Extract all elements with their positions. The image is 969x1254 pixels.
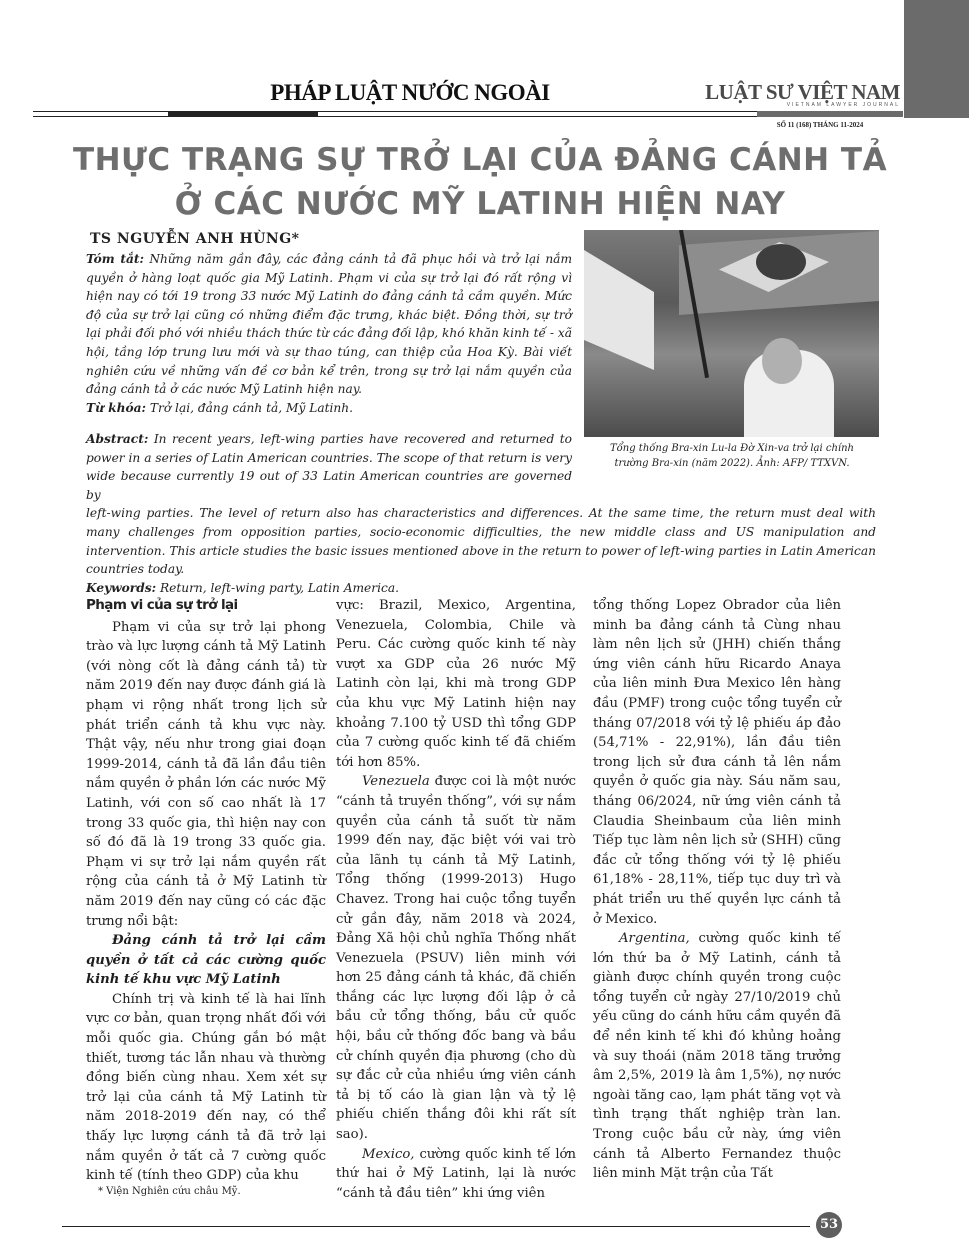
person-head — [762, 338, 802, 384]
abstract-text-2: left-wing parties. The level of return a… — [86, 506, 876, 576]
summary-label: Tóm tắt: — [86, 252, 144, 266]
paragraph-text: được coi là một nước “cánh tả truyền thố… — [336, 774, 576, 1142]
magazine-name: LUẬT SƯ VIỆT NAM — [700, 82, 900, 102]
paragraph: Phạm vi của sự trở lại phong trào và lực… — [86, 618, 326, 932]
title-line-2: Ở CÁC NƯỚC MỸ LATINH HIỆN NAY — [40, 182, 920, 226]
abstract-label: Abstract: — [86, 432, 148, 446]
paragraph-text: cường quốc kinh tế lớn thứ ba ở Mỹ Latin… — [593, 931, 841, 1181]
paragraph: Venezuela được coi là một nước “cánh tả … — [336, 772, 576, 1144]
country-lead: Venezuela — [362, 774, 430, 789]
title-line-1: THỰC TRẠNG SỰ TRỞ LẠI CỦA ĐẢNG CÁNH TẢ — [40, 138, 920, 182]
magazine-logo: LUẬT SƯ VIỆT NAM VIETNAM LAWYER JOURNAL — [700, 82, 900, 108]
section-heading: Phạm vi của sự trở lại — [86, 596, 326, 616]
keywords-vi: Trở lại, đảng cánh tả, Mỹ Latinh. — [146, 401, 353, 415]
paragraph: vực: Brazil, Mexico, Argentina, Venezuel… — [336, 596, 576, 772]
author: TS NGUYỄN ANH HÙNG* — [90, 231, 299, 247]
column-3: tổng thống Lopez Obrador của liên minh b… — [593, 596, 841, 1184]
paragraph: Mexico, cường quốc kinh tế lớn thứ hai ở… — [336, 1145, 576, 1204]
page-number: 53 — [816, 1212, 842, 1238]
magazine-rule — [757, 111, 903, 117]
article-photo — [584, 230, 879, 437]
column-1: Phạm vi của sự trở lại Phạm vi của sự tr… — [86, 596, 326, 1186]
white-flag — [584, 250, 654, 370]
abstract-en: Abstract: In recent years, left-wing par… — [86, 430, 876, 597]
keywords-vi-label: Từ khóa: — [86, 401, 146, 415]
summary-text: Những năm gần đây, các đảng cánh tả đã p… — [86, 252, 572, 396]
country-lead: Mexico, — [362, 1147, 414, 1162]
paragraph: tổng thống Lopez Obrador của liên minh b… — [593, 596, 841, 929]
article-title: THỰC TRẠNG SỰ TRỞ LẠI CỦA ĐẢNG CÁNH TẢ Ở… — [40, 138, 920, 226]
issue-info: SỐ 11 (168) THÁNG 11-2024 — [740, 121, 900, 129]
subheading: Đảng cánh tả trở lại cầm quyền ở tất cả … — [86, 931, 326, 990]
abstract-text-1: In recent years, left-wing parties have … — [86, 432, 572, 502]
paragraph: Argentina, cường quốc kinh tế lớn thứ ba… — [593, 929, 841, 1184]
country-lead: Argentina, — [619, 931, 690, 946]
keywords-en-label: Keywords: — [86, 581, 156, 595]
flag-globe — [756, 244, 806, 280]
header-rule-thick — [168, 111, 318, 117]
footer-rule — [62, 1226, 810, 1227]
keywords-en: Return, left-wing party, Latin America. — [156, 581, 399, 595]
summary-vi: Tóm tắt: Những năm gần đây, các đảng cán… — [86, 250, 572, 417]
paragraph: Chính trị và kinh tế là hai lĩnh vực cơ … — [86, 990, 326, 1186]
column-2: vực: Brazil, Mexico, Argentina, Venezuel… — [336, 596, 576, 1203]
footnote: * Viện Nghiên cứu châu Mỹ. — [98, 1186, 241, 1197]
section-header: PHÁP LUẬT NƯỚC NGOÀI — [170, 80, 650, 106]
page-edge-tab — [904, 0, 969, 118]
